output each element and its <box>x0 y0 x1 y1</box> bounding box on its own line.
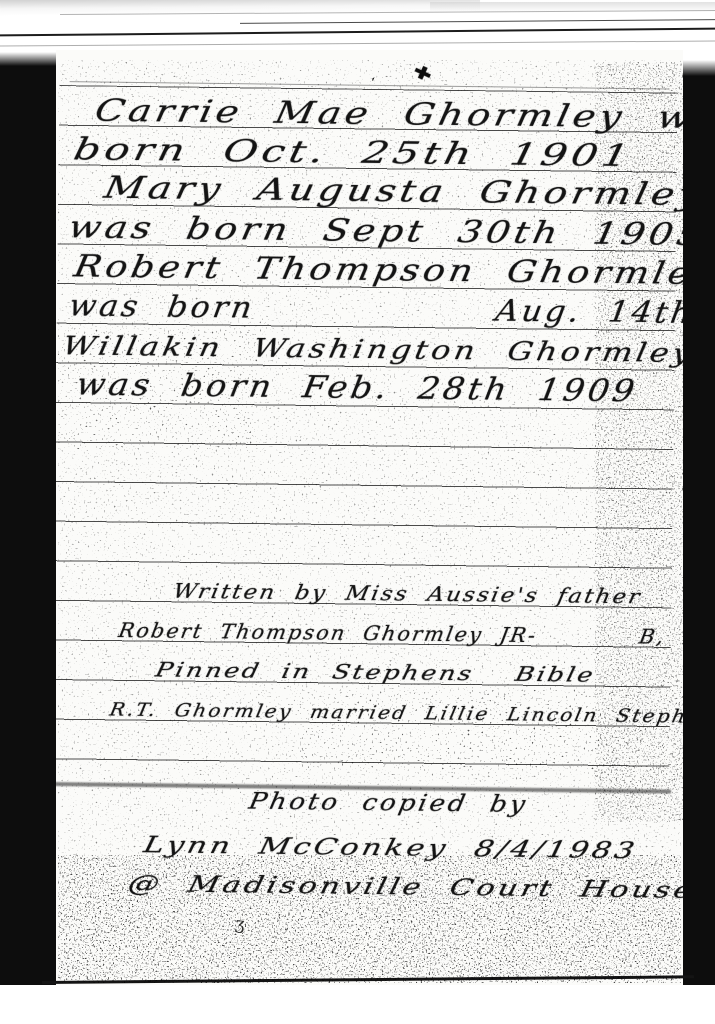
scan-streak-wedge <box>0 0 480 16</box>
handwriting-copynote-line-2: Lynn McConkey 8/4/1983 <box>141 832 640 864</box>
paper-page: Carrie Mae Ghormley was born Oct. 25th 1… <box>56 50 683 985</box>
photocopy-scan: Carrie Mae Ghormley was born Oct. 25th 1… <box>0 0 715 1024</box>
handwriting-birth-line-3: Mary Augusta Ghormley <box>101 171 707 213</box>
scan-streak-wedge <box>430 2 715 12</box>
page-tilt-wrapper: Carrie Mae Ghormley was born Oct. 25th 1… <box>45 50 683 993</box>
copier-black-bar-right <box>683 76 715 985</box>
handwriting-copynote-line-1: Photo copied by <box>247 788 530 817</box>
scan-streak-line <box>240 19 715 24</box>
scan-streak-line <box>0 40 715 46</box>
ink-squiggle-mark: ʒ <box>234 914 247 935</box>
ink-dot-mark: ˏ <box>363 64 377 83</box>
handwriting-copynote-line-3: @ Madisonville Court House <box>126 871 698 904</box>
copier-black-bar-left <box>0 66 56 985</box>
ruled-line-faint <box>70 81 670 89</box>
scan-streak-line <box>60 10 715 15</box>
handwriting-birth-line-2: born Oct. 25th 1901 <box>71 132 636 174</box>
handwriting-birth-line-8: was born Feb. 28th 1909 <box>74 367 641 409</box>
scan-streak-line <box>0 28 715 37</box>
ink-cross-mark: ✚ <box>410 60 434 86</box>
